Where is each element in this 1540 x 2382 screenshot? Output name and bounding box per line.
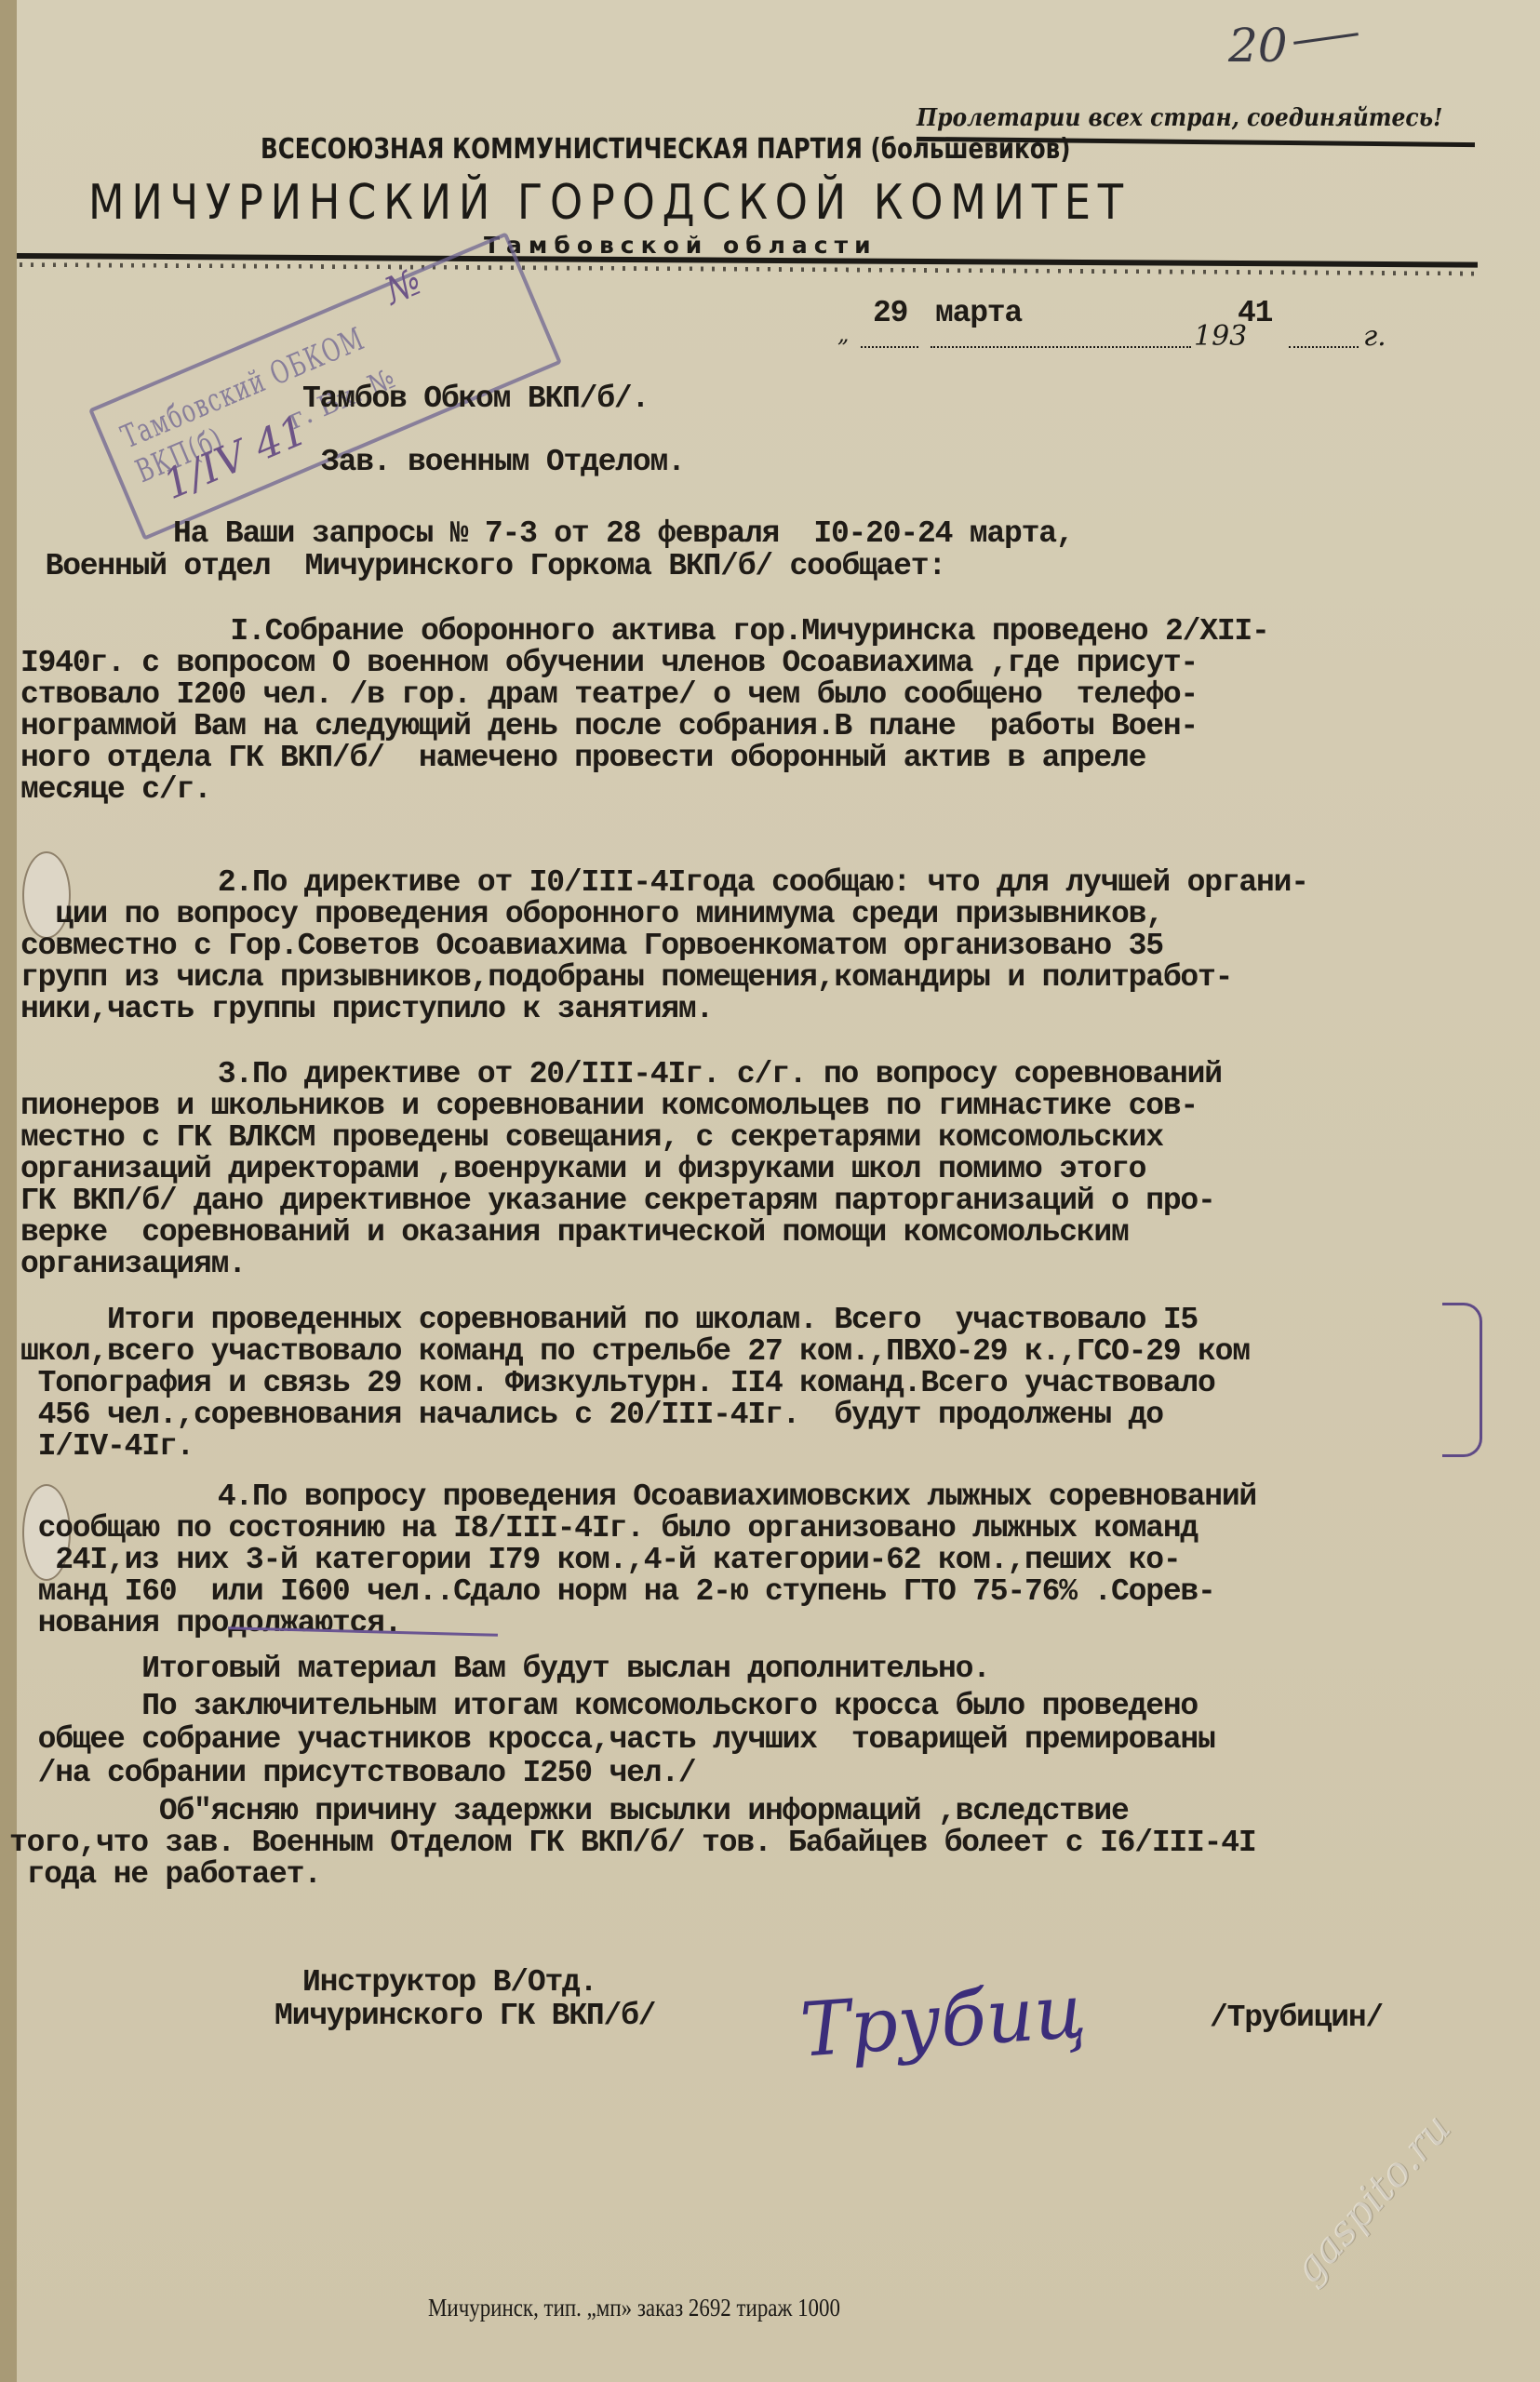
text-line: ного отдела ГК ВКП/б/ намечено провести … bbox=[20, 741, 1145, 775]
intro-line: Военный отдел Мичуринского Горкома ВКП/б… bbox=[28, 549, 945, 583]
date-month: марта bbox=[935, 296, 1022, 330]
text-line: пионеров и школьников и соревновании ком… bbox=[20, 1089, 1198, 1123]
text-line: Итоговый материал Вам будут выслан допол… bbox=[20, 1652, 990, 1686]
intro-line: На Ваши запросы № 7-3 от 28 февраля I0-2… bbox=[0, 516, 1073, 551]
text-line: нования продолжаются. bbox=[20, 1606, 401, 1640]
text-line: 24I,из них 3-й категории I79 ком.,4-й ка… bbox=[20, 1543, 1180, 1577]
letterhead-party: ВСЕСОЮЗНАЯ КОММУНИСТИЧЕСКАЯ ПАРТИЯ (боль… bbox=[261, 133, 1070, 166]
text-line: ГК ВКП/б/ дано директивное указание секр… bbox=[20, 1184, 1215, 1218]
letterhead-committee: МИЧУРИНСКИЙ ГОРОДСКОЙ КОМИТЕТ bbox=[88, 175, 1131, 231]
date-year-line bbox=[1289, 346, 1359, 348]
text-line: 3.По директиве от 20/III-4Iг. с/г. по во… bbox=[79, 1057, 1222, 1091]
folio-number: 20 bbox=[1228, 19, 1288, 73]
text-line: Итоги проведенных соревнований по школам… bbox=[20, 1303, 1198, 1337]
text-line: ции по вопросу проведения оборонного мин… bbox=[20, 897, 1163, 931]
date-day-line bbox=[861, 346, 918, 348]
text-line: общее собрание участников кросса,часть л… bbox=[20, 1722, 1215, 1757]
signatory-title: Инструктор В/Отд. bbox=[302, 1965, 596, 2000]
text-line: организаций директорами ,военруками и фи… bbox=[20, 1152, 1145, 1186]
text-line: совместно с Гор.Советов Осоавиахима Горв… bbox=[20, 929, 1163, 963]
text-line: I.Собрание оборонного актива гор.Мичурин… bbox=[74, 614, 1269, 649]
text-line: школ,всего участвовало команд по стрельб… bbox=[20, 1334, 1250, 1369]
printer-imprint: Мичуринск, тип. „мп» заказ 2692 тираж 10… bbox=[428, 2294, 840, 2322]
margin-bracket-annotation bbox=[1442, 1303, 1482, 1457]
text-line: месяце с/г. bbox=[20, 772, 211, 807]
date-day: 29 bbox=[873, 296, 907, 330]
text-line: ники,часть группы приступило к занятиям. bbox=[20, 992, 713, 1026]
date-suffix: г. bbox=[1363, 320, 1386, 353]
text-line: Топография и связь 29 ком. Физкультурн. … bbox=[20, 1366, 1215, 1400]
text-line: организациям. bbox=[20, 1247, 246, 1281]
text-line: 4.По вопросу проведения Осоавиахимовских… bbox=[79, 1479, 1256, 1514]
text-line: нограммой Вам на следующий день после со… bbox=[20, 709, 1198, 743]
addressee-org: Тамбов Обком ВКП/б/. bbox=[302, 381, 649, 416]
text-line: верке соревнований и оказания практическ… bbox=[20, 1215, 1129, 1250]
text-line: сообщаю по состоянию на I8/III-4Iг. было… bbox=[20, 1511, 1198, 1546]
signatory-name: /Трубицин/ bbox=[1210, 2001, 1383, 2035]
text-line: 456 чел.,соревнования начались с 20/III-… bbox=[20, 1398, 1163, 1432]
addressee-dept: Зав. военным Отделом. bbox=[321, 445, 685, 479]
text-line: Об"ясняю причину задержки высылки информ… bbox=[20, 1794, 1129, 1828]
signatory-org: Мичуринского ГК ВКП/б/ bbox=[275, 1999, 655, 2033]
page-left-edge bbox=[0, 0, 17, 2382]
text-line: манд I60 или I600 чел..Сдало норм на 2-ю… bbox=[20, 1574, 1215, 1609]
date-month-line bbox=[931, 346, 1191, 348]
text-line: ствовало I200 чел. /в гор. драм театре/ … bbox=[20, 677, 1198, 712]
letterhead-slogan: Пролетарии всех стран, соединяйтесь! bbox=[917, 104, 1442, 132]
text-line: 2.По директиве от I0/III-4Iгода сообщаю:… bbox=[79, 865, 1308, 900]
text-line: того,что зав. Военным Отделом ГК ВКП/б/ … bbox=[9, 1826, 1255, 1860]
letterhead-region: Тамбовской области bbox=[484, 232, 877, 259]
text-line: года не работает. bbox=[9, 1857, 321, 1892]
text-line: По заключительным итогам комсомольского … bbox=[20, 1689, 1198, 1723]
text-line: /на собрании присутствовало I250 чел./ bbox=[20, 1756, 696, 1790]
text-line: местно с ГК ВЛКСМ проведены совещания, с… bbox=[20, 1120, 1163, 1155]
text-line: I/IV-4Iг. bbox=[20, 1429, 194, 1464]
text-line: I940г. с вопросом О военном обучении чле… bbox=[20, 646, 1198, 680]
date-open-quote: „ bbox=[837, 321, 849, 347]
text-line: групп из числа призывников,подобраны пом… bbox=[20, 960, 1232, 995]
date-year: 41 bbox=[1238, 296, 1272, 330]
